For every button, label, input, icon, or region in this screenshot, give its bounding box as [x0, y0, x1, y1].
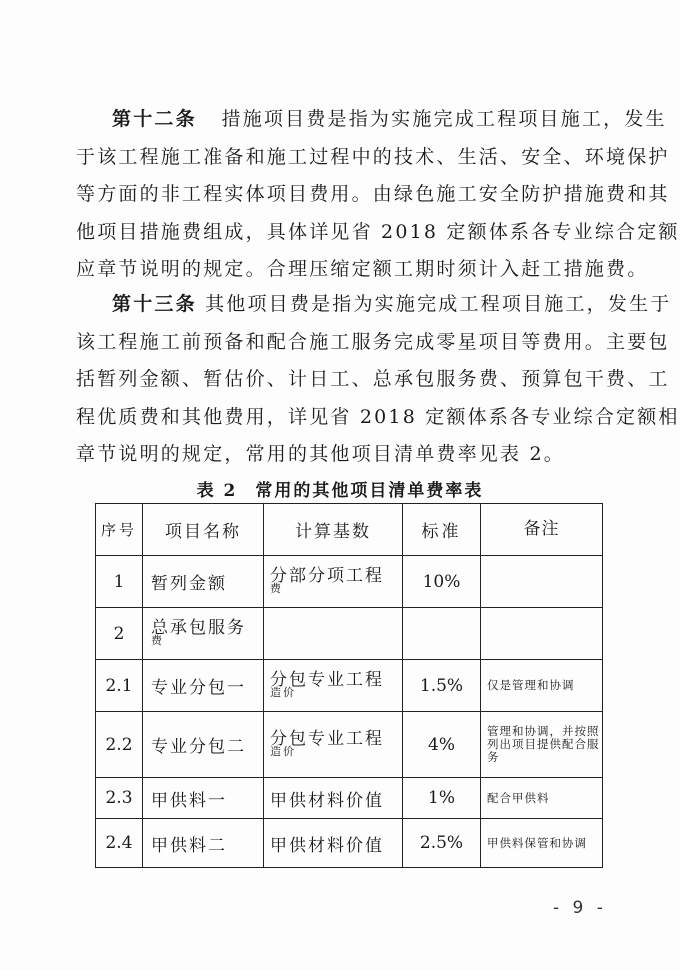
article-13-line-1: 第十三条 其他项目费是指为实施完成工程项目施工，发生于 — [112, 286, 600, 324]
article-13-line-2: 该工程施工前预备和配合施工服务完成零星项目等费用。主要包 — [76, 324, 600, 362]
article-12-line-4: 他项目措施费组成，具体详见省 2018 定额体系各专业综合定额相 — [76, 214, 600, 252]
article-13-line-4: 程优质费和其他费用，详见省 2018 定额体系各专业综合定额相应 — [76, 399, 600, 437]
article-13-lead: 第十三条 — [112, 293, 197, 315]
table-title: 常用的其他项目清单费率表 — [255, 481, 483, 501]
cell-name: 专业分包一 — [143, 660, 264, 712]
page-number: - 9 - — [553, 898, 607, 918]
article-12-lead: 第十二条 — [112, 108, 197, 130]
article-12-line-5: 应章节说明的规定。合理压缩定额工期时须计入赶工措施费。 — [76, 251, 600, 289]
cell-note — [481, 608, 603, 660]
header-no: 序号 — [96, 504, 143, 556]
cell-std: 4% — [403, 712, 481, 778]
cell-no: 1 — [96, 556, 143, 608]
article-12: 第十二条 措施项目费是指为实施完成工程项目施工，发生 于该工程施工准备和施工过程… — [112, 101, 600, 289]
cell-std — [403, 608, 481, 660]
cell-std: 10% — [403, 556, 481, 608]
header-std: 标准 — [403, 504, 481, 556]
cell-no: 2.4 — [96, 819, 143, 868]
header-base: 计算基数 — [264, 504, 403, 556]
article-13-line-3: 括暂列金额、暂估价、计日工、总承包服务费、预算包干费、工 — [76, 361, 600, 399]
table-caption: 表 2常用的其他项目清单费率表 — [0, 476, 680, 501]
article-12-line-2: 于该工程施工准备和施工过程中的技术、生活、安全、环境保护 — [76, 139, 600, 177]
table-row: 1 暂列金额 分部分项工程费 10% — [96, 556, 603, 608]
cell-note: 仅是管理和协调 — [481, 660, 603, 712]
cell-name: 甲供料二 — [143, 819, 264, 868]
cell-name: 专业分包二 — [143, 712, 264, 778]
cell-no: 2.1 — [96, 660, 143, 712]
cell-no: 2.2 — [96, 712, 143, 778]
cell-base — [264, 608, 403, 660]
table-row: 2.1 专业分包一 分包专业工程造价 1.5% 仅是管理和协调 — [96, 660, 603, 712]
cell-base: 甲供材料价值 — [264, 778, 403, 819]
cell-name: 暂列金额 — [143, 556, 264, 608]
cell-base: 甲供材料价值 — [264, 819, 403, 868]
cell-base: 分包专业工程造价 — [264, 660, 403, 712]
table-row: 2.3 甲供料一 甲供材料价值 1% 配合甲供料 — [96, 778, 603, 819]
table-row: 2.2 专业分包二 分包专业工程造价 4% 管理和协调，并按照列出项目提供配合服… — [96, 712, 603, 778]
cell-note — [481, 556, 603, 608]
cell-std: 1% — [403, 778, 481, 819]
article-13-line-5: 章节说明的规定，常用的其他项目清单费率见表 2。 — [76, 436, 600, 474]
cell-note: 甲供料保管和协调 — [481, 819, 603, 868]
cell-note: 管理和协调，并按照列出项目提供配合服务 — [481, 712, 603, 778]
cell-std: 1.5% — [403, 660, 481, 712]
article-12-line-1: 第十二条 措施项目费是指为实施完成工程项目施工，发生 — [112, 101, 600, 139]
cell-std: 2.5% — [403, 819, 481, 868]
fee-rate-table: 序号 项目名称 计算基数 标准 备注 1 暂列金额 分部分项工程费 10% 2 … — [95, 503, 603, 868]
cell-no: 2.3 — [96, 778, 143, 819]
header-note: 备注 — [481, 504, 603, 556]
table-number: 表 2 — [197, 481, 238, 501]
cell-no: 2 — [96, 608, 143, 660]
article-12-line-3: 等方面的非工程实体项目费用。由绿色施工安全防护措施费和其 — [76, 176, 600, 214]
cell-name: 总承包服务费 — [143, 608, 264, 660]
cell-name: 甲供料一 — [143, 778, 264, 819]
header-name: 项目名称 — [143, 504, 264, 556]
cell-base: 分包专业工程造价 — [264, 712, 403, 778]
cell-base: 分部分项工程费 — [264, 556, 403, 608]
cell-note: 配合甲供料 — [481, 778, 603, 819]
article-13: 第十三条 其他项目费是指为实施完成工程项目施工，发生于 该工程施工前预备和配合施… — [112, 286, 600, 474]
table-row: 2.4 甲供料二 甲供材料价值 2.5% 甲供料保管和协调 — [96, 819, 603, 868]
table-header-row: 序号 项目名称 计算基数 标准 备注 — [96, 504, 603, 556]
table-row: 2 总承包服务费 — [96, 608, 603, 660]
